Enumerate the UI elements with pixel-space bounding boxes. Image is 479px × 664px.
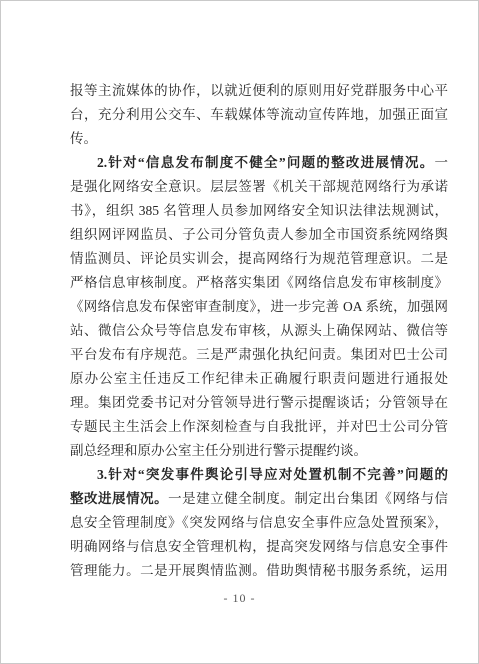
text-segment: 专题民主生活会上作深刻检查与自我批评，并对巴士公司分管 <box>70 419 448 434</box>
text-segment: 原办公室主任违反工作纪律未正确履行职责问题进行通报处 <box>70 371 448 386</box>
text-segment: 理。集团党委书记对分管领导进行警示提醒谈话；分管领导在 <box>70 395 448 410</box>
document-page: 报等主流媒体的协作，以就近便利的原则用好党群服务中心平台，充分利用公交车、车载媒… <box>0 0 479 664</box>
text-line: 报等主流媒体的协作，以就近便利的原则用好党群服务中心平 <box>70 79 448 103</box>
document-body: 报等主流媒体的协作，以就近便利的原则用好党群服务中心平台，充分利用公交车、车载媒… <box>70 79 448 583</box>
text-line: 理。集团党委书记对分管领导进行警示提醒谈话；分管领导在 <box>70 391 448 415</box>
text-line: 站、微信公众号等信息发布审核，从源头上确保网站、微信等 <box>70 319 448 343</box>
text-segment: 息安全管理制度》《突发网络与信息安全事件应急处置预案》， <box>70 515 448 530</box>
text-line: 副总经理和原办公室主任分别进行警示提醒约谈。 <box>70 439 448 463</box>
text-line: 组织网评网监员、子公司分管负责人参加全市国资系统网络舆 <box>70 223 448 247</box>
text-segment: 书》，组织 385 名管理人员参加网络安全知识法律法规测试， <box>70 203 448 218</box>
text-line: 情监测员、评论员实训会，提高网络行为规范管理意识。二是 <box>70 247 448 271</box>
text-segment: 平台发布有序规范。三是严肃强化执纪问责。集团对巴士公司 <box>70 347 448 362</box>
text-line: 整改进展情况。一是建立健全制度。制定出台集团《网络与信 <box>70 487 448 511</box>
text-line: 平台发布有序规范。三是严肃强化执纪问责。集团对巴士公司 <box>70 343 448 367</box>
text-segment: 一 <box>435 155 449 170</box>
text-segment: 报等主流媒体的协作，以就近便利的原则用好党群服务中心平 <box>70 83 448 98</box>
text-segment: 副总经理和原办公室主任分别进行警示提醒约谈。 <box>70 443 367 458</box>
bold-text-segment: 2.针对“信息发布制度不健全”问题的整改进展情况。 <box>97 155 435 170</box>
text-line: 书》，组织 385 名管理人员参加网络安全知识法律法规测试， <box>70 199 448 223</box>
text-line: 传。 <box>70 127 448 151</box>
text-segment: 是强化网络安全意识。层层签署《机关干部规范网络行为承诺 <box>70 179 448 194</box>
text-segment: 严格信息审核制度。严格落实集团《网络信息发布审核制度》 <box>70 275 448 290</box>
bold-text-segment: 3.针对“突发事件舆论引导应对处置机制不完善”问题的 <box>97 467 448 482</box>
text-line: 息安全管理制度》《突发网络与信息安全事件应急处置预案》， <box>70 511 448 535</box>
text-line: 是强化网络安全意识。层层签署《机关干部规范网络行为承诺 <box>70 175 448 199</box>
text-segment: 情监测员、评论员实训会，提高网络行为规范管理意识。二是 <box>70 251 448 266</box>
page-number: - 10 - <box>1 591 478 606</box>
text-line: 台，充分利用公交车、车载媒体等流动宣传阵地，加强正面宣 <box>70 103 448 127</box>
text-segment: 管理能力。二是开展舆情监测。借助舆情秘书服务系统，运用 <box>70 563 448 578</box>
text-segment: 传。 <box>70 131 97 146</box>
text-segment: 明确网络与信息安全管理机构，提高突发网络与信息安全事件 <box>70 539 448 554</box>
text-line: 原办公室主任违反工作纪律未正确履行职责问题进行通报处 <box>70 367 448 391</box>
text-line: 专题民主生活会上作深刻检查与自我批评，并对巴士公司分管 <box>70 415 448 439</box>
text-line: 2.针对“信息发布制度不健全”问题的整改进展情况。一 <box>70 151 448 175</box>
text-segment: 一是建立健全制度。制定出台集团《网络与信 <box>168 491 448 506</box>
text-segment: 《网络信息发布保密审查制度》，进一步完善 OA 系统，加强网 <box>70 299 448 314</box>
text-segment: 台，充分利用公交车、车载媒体等流动宣传阵地，加强正面宣 <box>70 107 448 122</box>
bold-text-segment: 整改进展情况。 <box>70 491 168 506</box>
text-segment: 站、微信公众号等信息发布审核，从源头上确保网站、微信等 <box>70 323 448 338</box>
text-line: 管理能力。二是开展舆情监测。借助舆情秘书服务系统，运用 <box>70 559 448 583</box>
text-line: 严格信息审核制度。严格落实集团《网络信息发布审核制度》 <box>70 271 448 295</box>
text-segment: 组织网评网监员、子公司分管负责人参加全市国资系统网络舆 <box>70 227 448 242</box>
text-line: 3.针对“突发事件舆论引导应对处置机制不完善”问题的 <box>70 463 448 487</box>
text-line: 明确网络与信息安全管理机构，提高突发网络与信息安全事件 <box>70 535 448 559</box>
text-line: 《网络信息发布保密审查制度》，进一步完善 OA 系统，加强网 <box>70 295 448 319</box>
